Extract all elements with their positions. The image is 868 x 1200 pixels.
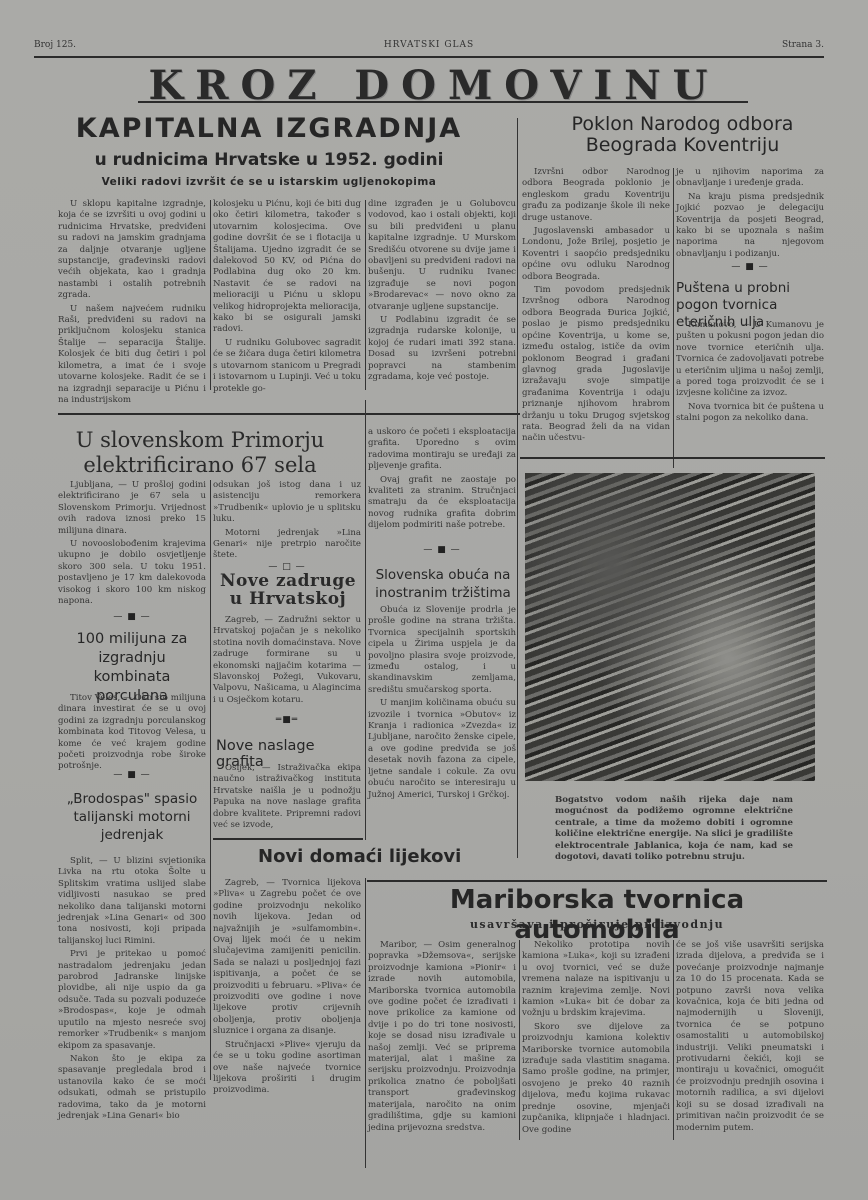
paragraph: Ovaj grafit ne zaostaje po kvaliteti za … (368, 475, 516, 532)
paragraph: Tim povodom predsjednik Izvršnog odbora … (522, 285, 670, 445)
paragraph: a uskoro će početi i eksploatacija grafi… (368, 427, 516, 473)
paragraph: Ljubljana, — U prošloj godini elektrific… (58, 480, 206, 537)
lijekovi-body: Zagreb, — Tvornica lijekova »Pliva« u Za… (213, 878, 361, 1099)
divider-rule (520, 457, 825, 459)
column-rule (517, 118, 518, 858)
headline-maribor: Mariborska tvornica automobila (367, 885, 827, 945)
paragraph: U našem najvećem rudniku Raši, predviđen… (58, 304, 206, 407)
deck-kapitalna: Veliki radovi izvršit će se u istarskim … (34, 176, 504, 188)
porculan-body: Titov Veles, — Oko sto milijuna dinara i… (58, 693, 206, 775)
paragraph: Izvršni odbor Narodnog odbora Beograda p… (522, 167, 670, 224)
paragraph: kolosjeku u Pićnu, koji će biti dug oko … (213, 199, 361, 336)
paragraph: U manjim količinama obuću su izvozile i … (368, 698, 516, 801)
ornament-separator: — ■ — (58, 612, 206, 622)
paragraph: Stručnjacxi »Plive« vjeruju da će se u t… (213, 1040, 361, 1097)
newspaper-page: Broj 125. HRVATSKI GLAS Strana 3. KROZ D… (0, 0, 868, 1200)
ornament-separator: — ■ — (58, 770, 206, 780)
headline-kapitalna: KAPITALNA IZGRADNJA (34, 113, 504, 144)
paragraph: U novooslobođenim krajevima ukupno je do… (58, 539, 206, 607)
zadruge-body: Zagreb, — Zadružni sektor u Hrvatskoj po… (213, 615, 361, 708)
headline-primorje: U slovenskom Primorju elektrificirano 67… (40, 428, 360, 478)
column-rule (673, 168, 674, 468)
paragraph: Zagreb, — Tvornica lijekova »Pliva« u Za… (213, 878, 361, 1038)
column-rule (365, 400, 366, 840)
paragraph: odsukan još istog dana i uz asistenciju … (213, 480, 361, 526)
headline-brodospas: „Brodospas" spasio talijanski motorni je… (58, 790, 206, 844)
divider-rule (367, 880, 827, 882)
primorje-body: Ljubljana, — U prošloj godini elektrific… (58, 480, 206, 609)
paragraph: U Podlabinu izgradit će se izgradnja rud… (368, 315, 516, 383)
subhead-kapitalna: u rudnicima Hrvatske u 1952. godini (34, 150, 504, 170)
photo-caption: Bogatstvo vodom naših rijeka daje nam mo… (555, 795, 793, 863)
divider-rule (58, 413, 520, 415)
paragraph: U sklopu kapitalne izgradnje, koja će se… (58, 199, 206, 302)
grafit-body: Osijek, — Istraživačka ekipa naučno istr… (213, 763, 361, 833)
kapitalna-col3: dine izgrađen je u Golubovcu vodovod, ka… (368, 199, 516, 386)
paragraph: Zagreb, — Zadružni sektor u Hrvatskoj po… (213, 615, 361, 706)
divider-rule (213, 838, 363, 840)
paragraph: će se još više usavršiti serijska izrada… (676, 940, 824, 1134)
paragraph: Nekoliko prototipa novih kamiona »Luka«,… (522, 940, 670, 1020)
column-rule (365, 878, 366, 1168)
subhead-maribor: usavršava i proširuje proizvodnju (367, 918, 827, 931)
paragraph: Motorni jedrenjak »Lina Genari« nije pre… (213, 528, 361, 562)
headline-poklon: Poklon Narodog odbora Beograda Koventrij… (525, 114, 840, 156)
maribor-col2: Nekoliko prototipa novih kamiona »Luka«,… (522, 940, 670, 1138)
paragraph: Prvi je pritekao u pomoć nastradalom jed… (58, 949, 206, 1052)
paragraph: Titov Veles, — Oko sto milijuna dinara i… (58, 693, 206, 773)
paragraph: Nakon što je ekipa za spasavanje pregled… (58, 1054, 206, 1122)
poklon-col1: Izvršni odbor Narodnog odbora Beograda p… (522, 167, 670, 447)
paragraph: Obuća iz Slovenije prodrla je prošle god… (368, 605, 516, 696)
column-rule (210, 480, 211, 1080)
headline-zadruge: Nove zadruge u Hrvatskoj (213, 572, 363, 608)
header-rule (34, 56, 824, 58)
column-rule (673, 940, 674, 1140)
paragraph: Nova tvornica bit će puštena u stalni po… (676, 402, 824, 425)
brodospas-body: Split, — U blizini svjetionika Livka na … (58, 856, 206, 1124)
paper-name: HRVATSKI GLAS (34, 40, 824, 50)
paragraph: dine izgrađen je u Golubovcu vodovod, ka… (368, 199, 516, 313)
kapitalna-col2: kolosjeku u Pićnu, koji će biti dug oko … (213, 199, 361, 397)
paragraph: Na kraju pisma predsjednik Jojkić pozvao… (676, 192, 824, 260)
etericna-ulja-body: Kumanovo, — U Kumanovu je pušten u pokus… (676, 320, 824, 427)
maribor-col1: Maribor, — Osim generalnog popravka »Dže… (368, 940, 516, 1136)
paragraph: Skoro sve dijelove za proizvodnju kamion… (522, 1022, 670, 1136)
running-header: Broj 125. HRVATSKI GLAS Strana 3. (34, 40, 824, 54)
column-rule (519, 940, 520, 1140)
ornament-separator: — ■ — (368, 545, 516, 555)
paragraph: Kumanovo, — U Kumanovu je pušten u pokus… (676, 320, 824, 400)
column-rule (210, 200, 211, 390)
maribor-col3: će se još više usavršiti serijska izrada… (676, 940, 824, 1136)
obuca-body: Obuća iz Slovenije prodrla je prošle god… (368, 605, 516, 803)
paragraph: U rudniku Golubovec sagradit će se žičar… (213, 338, 361, 395)
column-rule (365, 200, 366, 390)
grafit-continuation: a uskoro će početi i eksploatacija grafi… (368, 427, 516, 534)
ornament-separator: — ■ — (676, 262, 824, 272)
brodospas-continuation: odsukan još istog dana i uz asistenciju … (213, 480, 361, 564)
paragraph: Maribor, — Osim generalnog popravka »Dže… (368, 940, 516, 1134)
headline-lijekovi: Novi domaći lijekovi (258, 846, 478, 867)
paragraph: Split, — U blizini svjetionika Livka na … (58, 856, 206, 947)
poklon-col2: je u njihovim naporima za obnavljanje i … (676, 167, 824, 262)
page-number: Strana 3. (782, 40, 824, 50)
section-rule (138, 101, 748, 103)
paragraph: Osijek, — Istraživačka ekipa naučno istr… (213, 763, 361, 831)
construction-site-photo (525, 473, 815, 781)
paragraph: Jugoslavenski ambasador u Londonu, Jože … (522, 226, 670, 283)
headline-obuca: Slovenska obuća na inostranim tržištima (368, 566, 518, 602)
kapitalna-col1: U sklopu kapitalne izgradnje, koja će se… (58, 199, 206, 408)
paragraph: je u njihovim naporima za obnavljanje i … (676, 167, 824, 190)
ornament-separator: ═■═ (213, 715, 361, 725)
